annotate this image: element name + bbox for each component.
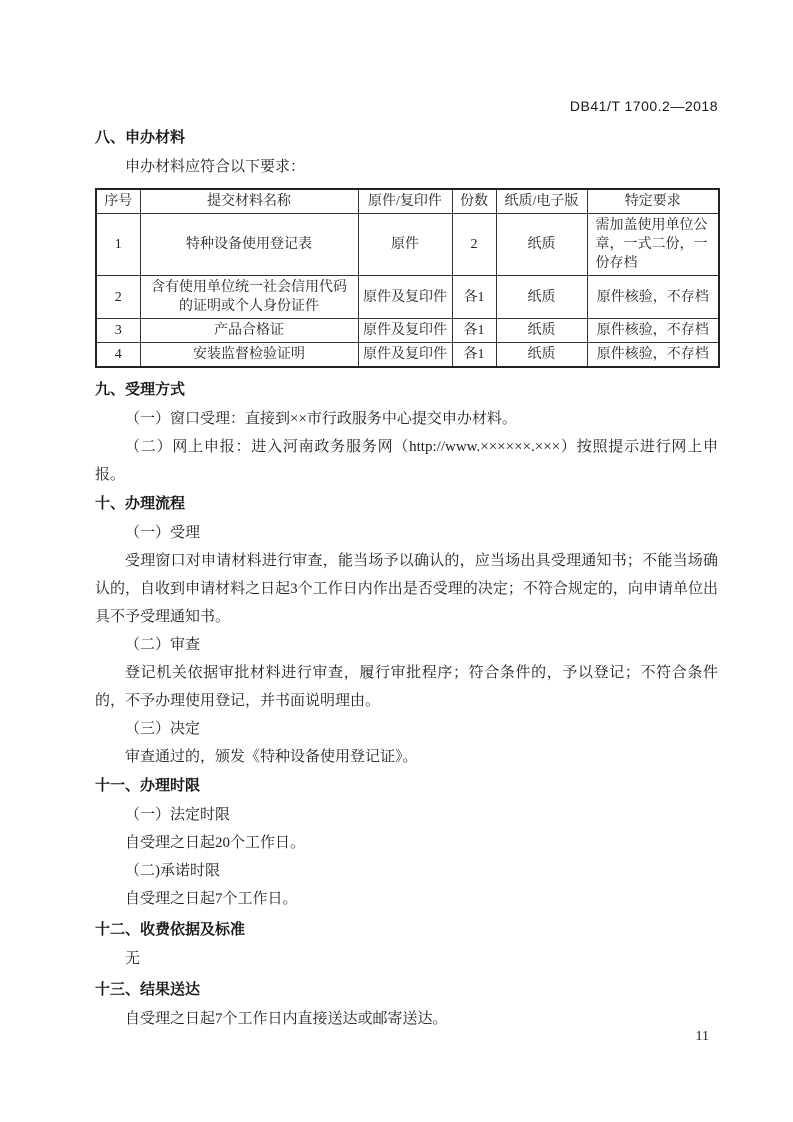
table-header-row: 序号 提交材料名称 原件/复印件 份数 纸质/电子版 特定要求 bbox=[96, 189, 719, 214]
document-page: DB41/T 1700.2—2018 八、申办材料 申办材料应符合以下要求： 序… bbox=[0, 0, 793, 1122]
table-cell: 原件 bbox=[358, 214, 452, 276]
section-10-sub1-body: 受理窗口对申请材料进行审查，能当场予以确认的，应当场出具受理通知书；不能当场确认… bbox=[95, 547, 718, 631]
section-10-sub3-title: （三）决定 bbox=[95, 715, 718, 743]
col-header-paper-electronic: 纸质/电子版 bbox=[496, 189, 587, 214]
table-cell: 原件核验，不存档 bbox=[587, 276, 719, 319]
table-cell: 1 bbox=[96, 214, 140, 276]
section-13-body: 自受理之日起7个工作日内直接送达或邮寄送达。 bbox=[95, 1005, 718, 1033]
section-10-sub2-title: （二）审查 bbox=[95, 631, 718, 659]
section-10-sub3-body: 审查通过的，颁发《特种设备使用登记证》。 bbox=[95, 743, 718, 771]
table-cell: 纸质 bbox=[496, 343, 587, 368]
col-header-seq: 序号 bbox=[96, 189, 140, 214]
table-cell: 安装监督检验证明 bbox=[140, 343, 358, 368]
section-12-body: 无 bbox=[95, 945, 718, 973]
table-cell: 纸质 bbox=[496, 319, 587, 343]
section-10-title: 十、办理流程 bbox=[95, 494, 718, 514]
section-11-sub2-title: （二)承诺时限 bbox=[95, 857, 718, 885]
table-row: 4 安装监督检验证明 原件及复印件 各1 纸质 原件核验，不存档 bbox=[96, 343, 719, 368]
col-header-count: 份数 bbox=[452, 189, 496, 214]
section-10-sub2-body: 登记机关依据审批材料进行审查，履行审批程序；符合条件的，予以登记；不符合条件的，… bbox=[95, 659, 718, 715]
table-cell: 各1 bbox=[452, 319, 496, 343]
table-row: 2 含有使用单位统一社会信用代码的证明或个人身份证件 原件及复印件 各1 纸质 … bbox=[96, 276, 719, 319]
col-header-special-requirement: 特定要求 bbox=[587, 189, 719, 214]
table-cell: 原件及复印件 bbox=[358, 276, 452, 319]
table-cell: 原件核验，不存档 bbox=[587, 343, 719, 368]
section-9-title: 九、受理方式 bbox=[95, 380, 718, 400]
table-cell: 各1 bbox=[452, 276, 496, 319]
table-cell: 3 bbox=[96, 319, 140, 343]
col-header-original-copy: 原件/复印件 bbox=[358, 189, 452, 214]
table-cell: 需加盖使用单位公章，一式二份，一份存档 bbox=[587, 214, 719, 276]
section-9-item-online: （二）网上申报：进入河南政务服务网（http://www.××××××.×××）… bbox=[95, 433, 718, 489]
table-cell: 2 bbox=[96, 276, 140, 319]
table-cell: 产品合格证 bbox=[140, 319, 358, 343]
section-11-sub2-body: 自受理之日起7个工作日。 bbox=[95, 885, 718, 913]
table-cell: 纸质 bbox=[496, 214, 587, 276]
table-row: 3 产品合格证 原件及复印件 各1 纸质 原件核验，不存档 bbox=[96, 319, 719, 343]
col-header-material-name: 提交材料名称 bbox=[140, 189, 358, 214]
table-cell: 4 bbox=[96, 343, 140, 368]
section-8-title: 八、申办材料 bbox=[95, 128, 718, 148]
section-13-title: 十三、结果送达 bbox=[95, 980, 718, 1000]
section-11-title: 十一、办理时限 bbox=[95, 776, 718, 796]
table-cell: 2 bbox=[452, 214, 496, 276]
section-9-item-window: （一）窗口受理：直接到××市行政服务中心提交申办材料。 bbox=[95, 405, 718, 433]
materials-table: 序号 提交材料名称 原件/复印件 份数 纸质/电子版 特定要求 1 特种设备使用… bbox=[95, 188, 720, 368]
table-cell: 特种设备使用登记表 bbox=[140, 214, 358, 276]
section-11-sub1-body: 自受理之日起20个工作日。 bbox=[95, 829, 718, 857]
table-row: 1 特种设备使用登记表 原件 2 纸质 需加盖使用单位公章，一式二份，一份存档 bbox=[96, 214, 719, 276]
table-cell: 含有使用单位统一社会信用代码的证明或个人身份证件 bbox=[140, 276, 358, 319]
table-cell: 纸质 bbox=[496, 276, 587, 319]
table-cell: 各1 bbox=[452, 343, 496, 368]
section-8-intro: 申办材料应符合以下要求： bbox=[95, 153, 718, 181]
section-10-sub1-title: （一）受理 bbox=[95, 519, 718, 547]
page-number: 11 bbox=[696, 1028, 709, 1046]
section-11-sub1-title: （一）法定时限 bbox=[95, 801, 718, 829]
table-cell: 原件核验，不存档 bbox=[587, 319, 719, 343]
doc-code-header: DB41/T 1700.2—2018 bbox=[95, 98, 718, 114]
section-12-title: 十二、收费依据及标准 bbox=[95, 920, 718, 940]
table-cell: 原件及复印件 bbox=[358, 319, 452, 343]
table-cell: 原件及复印件 bbox=[358, 343, 452, 368]
